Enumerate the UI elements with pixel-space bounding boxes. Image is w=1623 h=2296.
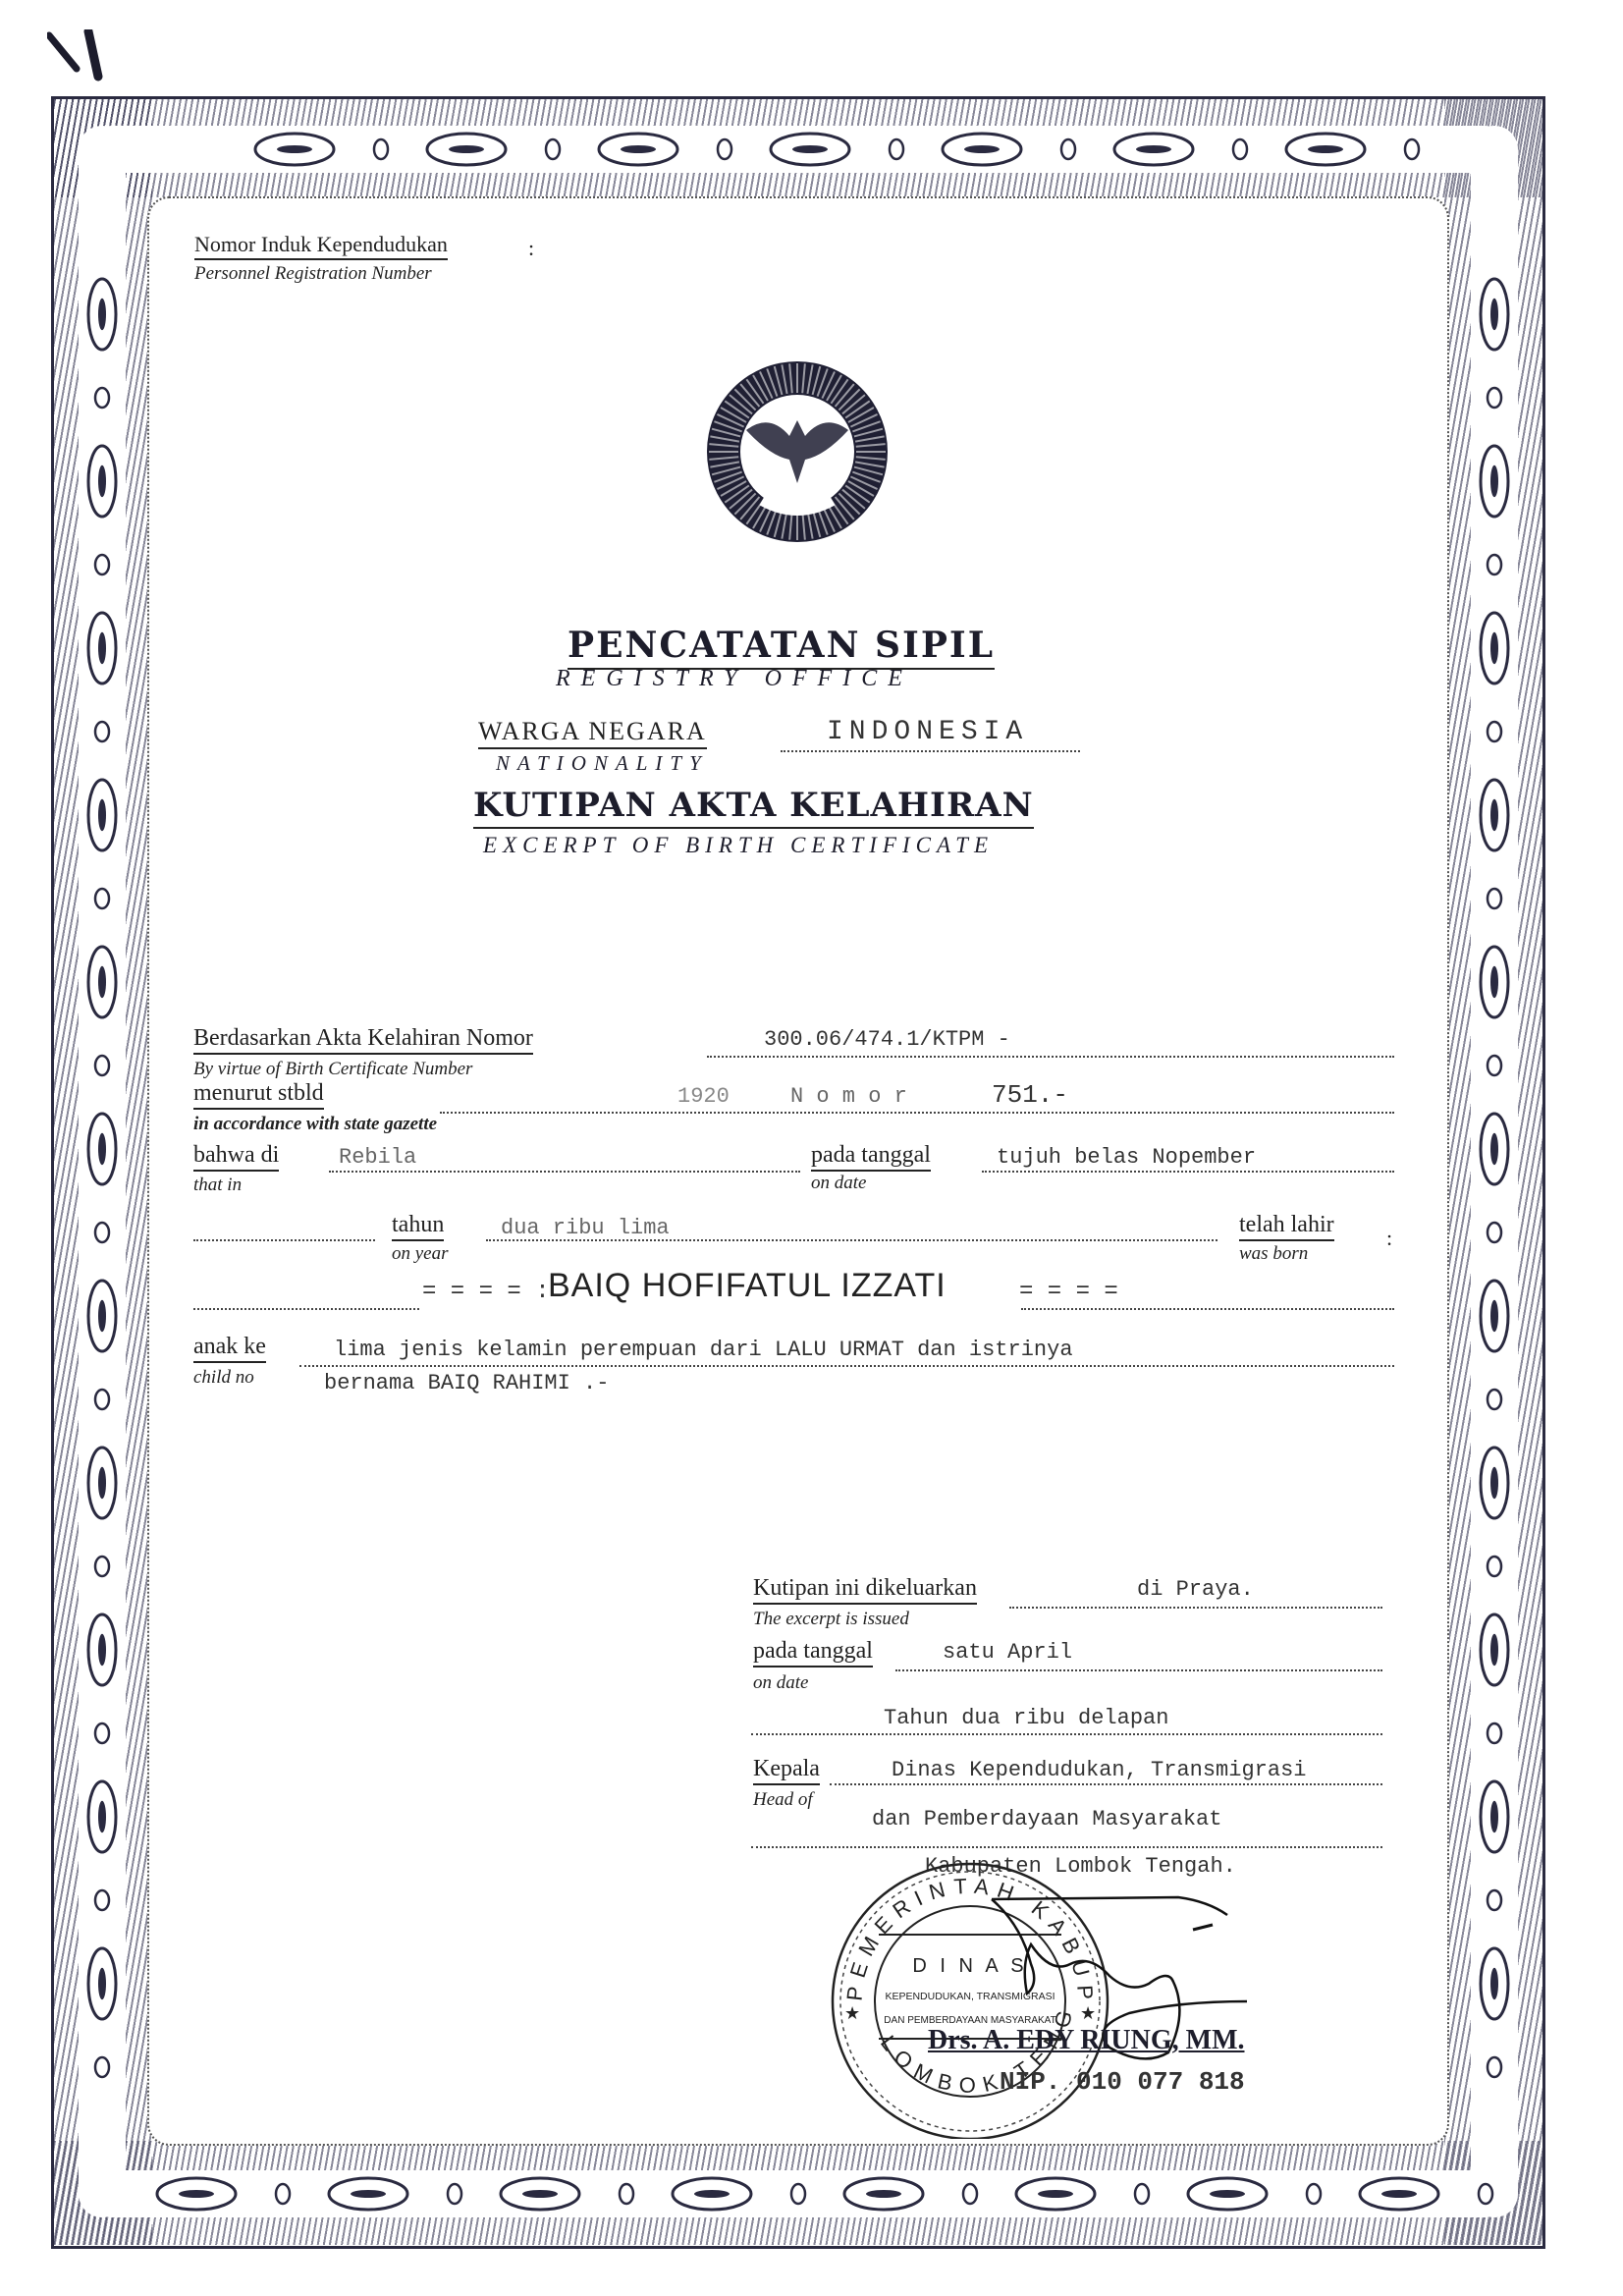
office-title-en: REGISTRY OFFICE [556, 666, 913, 692]
issued-place: di Praya. [1137, 1577, 1254, 1602]
document-title-en: EXCERPT OF BIRTH CERTIFICATE [483, 833, 994, 858]
nik-sublabel: Personnel Registration Number [194, 263, 432, 285]
child-no-label-en: child no [193, 1367, 254, 1389]
handwritten-mark [47, 29, 126, 88]
issued-label-en: The excerpt is issued [753, 1609, 909, 1630]
child-name: BAIQ HOFIFATUL IZZATI [548, 1267, 947, 1305]
place-dotline [329, 1171, 800, 1173]
cert-number-dotline [707, 1056, 1394, 1058]
born-label: telah lahir [1239, 1212, 1334, 1241]
officer-nip: NIP. 010 077 818 [1000, 2067, 1245, 2097]
name-suffix: = = = = [1019, 1279, 1118, 1305]
border-channel-top [88, 126, 1508, 173]
border-channel-bottom [88, 2170, 1508, 2217]
issued-date-label-en: on date [753, 1672, 808, 1694]
place-label-en: that in [193, 1175, 242, 1196]
seal-star-left-icon: ★ [844, 2003, 860, 2024]
border-channel-left [79, 126, 126, 2217]
child-no-line1: lima jenis kelamin perempuan dari LALU U… [334, 1338, 1073, 1362]
cert-number-label-en: By virtue of Birth Certificate Number [193, 1059, 472, 1080]
year-label-en: on year [392, 1243, 449, 1265]
gazette-label: menurut stbld [193, 1080, 324, 1110]
nationality-value: INDONESIA [827, 717, 1028, 747]
issued-label: Kutipan ini dikeluarkan [753, 1575, 977, 1605]
issued-place-dotline [1009, 1607, 1382, 1609]
issued-date-dotline [895, 1669, 1382, 1671]
cert-number-label: Berdasarkan Akta Kelahiran Nomor [193, 1025, 533, 1055]
name-lead-dotline [193, 1308, 419, 1310]
issued-year-dotline [751, 1733, 1382, 1735]
place-label: bahwa di [193, 1142, 279, 1172]
nik-label: Nomor Induk Kependudukan [194, 232, 448, 260]
name-prefix: = = = = : [422, 1279, 550, 1305]
name-trail-dotline [1021, 1308, 1394, 1310]
gazette-label-en: in accordance with state gazette [193, 1114, 437, 1135]
nationality-label-en: NATIONALITY [496, 751, 709, 776]
born-label-en: was born [1239, 1243, 1308, 1265]
office-title: PENCATATAN SIPIL [568, 625, 995, 670]
issued-date-label: pada tanggal [753, 1638, 873, 1667]
nationality-label: WARGA NEGARA [478, 717, 707, 749]
officer-name: Drs. A. EDY RIUNG, MM. [928, 2025, 1245, 2056]
date-dotline [982, 1171, 1394, 1173]
head-line2-dotline [751, 1846, 1382, 1848]
document-title: KUTIPAN AKTA KELAHIRAN [473, 786, 1034, 829]
gazette-year: 1920 [677, 1084, 730, 1109]
nationality-dotline [781, 750, 1080, 752]
date-label: pada tanggal [811, 1142, 931, 1172]
child-no-label: anak ke [193, 1334, 266, 1363]
year-value: dua ribu lima [501, 1216, 670, 1240]
gazette-nomor: N o m o r [790, 1084, 907, 1109]
head-label: Kepala [753, 1756, 820, 1785]
child-no-line2: bernama BAIQ RAHIMI .- [324, 1371, 609, 1395]
born-colon: : [1386, 1226, 1392, 1251]
issued-date: satu April [943, 1640, 1072, 1665]
gazette-value: 751.- [992, 1080, 1068, 1110]
cert-number-value: 300.06/474.1/KTPM - [764, 1027, 1010, 1052]
border-channel-right [1471, 126, 1518, 2217]
child-no-dotline [299, 1365, 1394, 1367]
nik-colon: : [528, 236, 534, 261]
date-value: tujuh belas Nopember [997, 1145, 1256, 1170]
head-dotline [830, 1783, 1382, 1785]
date-label-en: on date [811, 1173, 866, 1194]
gazette-dotline [440, 1112, 1394, 1114]
place-value: Rebila [339, 1145, 416, 1170]
garuda-emblem-icon [699, 354, 895, 550]
head-label-en: Head of [753, 1789, 813, 1811]
year-lead-dotline [193, 1239, 375, 1241]
head-line2: dan Pemberdayaan Masyarakat [872, 1807, 1221, 1831]
issued-year: Tahun dua ribu delapan [884, 1706, 1168, 1730]
head-line1: Dinas Kependudukan, Transmigrasi [892, 1758, 1306, 1782]
year-label: tahun [392, 1212, 444, 1241]
